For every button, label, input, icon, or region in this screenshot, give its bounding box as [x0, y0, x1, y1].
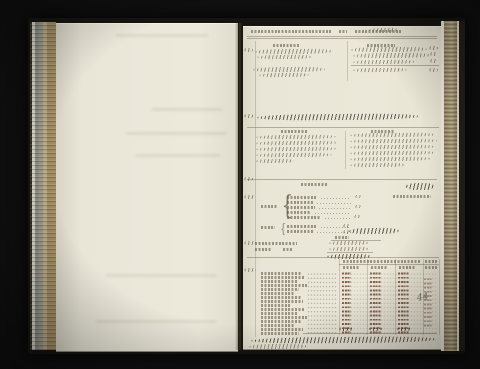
handwritten-subject-line — [257, 113, 419, 120]
handwriting-line — [256, 141, 338, 146]
printed-form-item — [287, 201, 313, 204]
table-bottom-rule — [303, 333, 437, 334]
printed-form-item — [287, 216, 321, 219]
printed-group-label — [261, 205, 277, 208]
printed-column-header — [281, 130, 307, 133]
dotted-leader — [315, 213, 351, 214]
handwriting-line — [255, 49, 333, 55]
table-row-label — [261, 304, 291, 307]
handwriting-line — [256, 135, 336, 140]
handwritten-sum — [329, 247, 369, 251]
section-rule — [247, 257, 439, 258]
photograph-of-open-ledger: {{44 — [0, 0, 480, 369]
printed-group-label — [261, 226, 275, 229]
showthrough-mark — [152, 108, 222, 111]
column-divider-rule — [345, 131, 346, 169]
dotted-leader — [325, 218, 351, 219]
dotted-leader — [321, 198, 351, 199]
handwritten-figure — [355, 195, 361, 198]
printed-form-item — [287, 196, 317, 199]
page-edge-band — [444, 21, 457, 351]
handwriting-line — [253, 67, 325, 73]
printed-form-item — [255, 248, 271, 251]
table-row-label — [261, 312, 297, 315]
table-header-print — [343, 260, 421, 263]
table-row-label — [261, 284, 307, 287]
handwriting-line — [256, 147, 337, 152]
table-row-label — [261, 328, 303, 331]
printed-total-label — [335, 236, 349, 239]
handwriting-line — [350, 139, 437, 144]
dotted-leader — [319, 208, 351, 209]
showthrough-mark — [126, 132, 226, 135]
table-column-rule — [339, 259, 340, 335]
table-number-column — [370, 271, 381, 334]
handwriting-line — [353, 68, 407, 72]
printed-form-item — [287, 225, 317, 228]
printed-header-title — [251, 30, 331, 33]
table-row-label — [261, 320, 301, 323]
margin-rule — [255, 41, 256, 337]
handwriting-line — [350, 133, 436, 138]
handwritten-figure — [429, 46, 438, 50]
handwritten-figure — [430, 59, 438, 63]
table-total-figure — [339, 327, 353, 331]
handwritten-footer-line — [249, 344, 307, 350]
showthrough-mark — [116, 34, 208, 37]
handwritten-figure — [430, 52, 438, 56]
table-subheader-print — [371, 266, 387, 269]
cover-edge — [459, 21, 465, 351]
margin-note — [244, 48, 253, 52]
table-row-label — [261, 332, 299, 335]
table-row-label — [261, 280, 297, 283]
handwritten-figure — [354, 215, 361, 218]
handwriting-line — [351, 47, 427, 53]
showthrough-mark — [96, 320, 216, 323]
table-total-figure — [397, 327, 411, 331]
printed-column-header — [393, 195, 431, 198]
header-rule — [247, 38, 437, 39]
table-number-column — [342, 271, 351, 334]
table-number-column — [398, 271, 409, 334]
total-rule — [327, 252, 373, 253]
margin-note — [244, 177, 253, 181]
handwriting-line — [257, 55, 313, 59]
dotted-grid — [307, 272, 337, 334]
table-row-label — [261, 324, 295, 327]
showthrough-mark — [136, 154, 220, 157]
handwriting-line — [353, 60, 415, 65]
printed-form-item — [287, 206, 315, 209]
table-row-label — [261, 288, 299, 291]
handwritten-secretary-note — [349, 228, 399, 234]
section-rule — [247, 127, 439, 128]
table-subheader-print — [343, 266, 359, 269]
table-row-label — [261, 272, 301, 275]
table-row-label — [261, 296, 301, 299]
handwriting-line — [350, 151, 436, 156]
table-subheader-print — [399, 266, 415, 269]
right-page: {{44 — [243, 26, 441, 350]
handwritten-figure — [355, 205, 361, 208]
left-page-edge-stack — [30, 22, 56, 350]
printed-column-header — [273, 44, 299, 47]
printed-form-item — [255, 242, 297, 245]
section-rule — [247, 179, 437, 180]
handwritten-count-44: 44 — [416, 292, 429, 303]
signature-flourish — [406, 183, 434, 190]
margin-note — [244, 195, 255, 199]
table-column-rule — [439, 259, 440, 335]
table-subheader-print — [425, 260, 437, 263]
handwriting-line — [350, 145, 435, 150]
margin-note — [244, 114, 254, 118]
header-rule — [247, 36, 437, 37]
printed-form-item — [283, 248, 293, 251]
table-subheader-print — [425, 266, 437, 269]
handwriting-line — [259, 73, 309, 77]
handwriting-line — [353, 53, 431, 59]
sub-rule — [351, 65, 439, 66]
table-row-label — [261, 308, 305, 311]
handwritten-figure — [429, 68, 438, 72]
table-row-label — [261, 292, 295, 295]
printed-page-number — [339, 30, 347, 33]
table-row-label — [261, 300, 303, 303]
left-page — [56, 23, 238, 352]
handwritten-sum — [329, 241, 369, 245]
table-header-rule — [339, 264, 439, 265]
column-divider-rule — [347, 41, 348, 81]
handwritten-footer-line — [251, 336, 437, 344]
table-total-figure — [369, 327, 382, 331]
handwriting-line — [350, 157, 432, 162]
handwriting-line — [256, 153, 332, 158]
handwritten-figure — [343, 224, 350, 228]
printed-form-item — [287, 230, 313, 233]
margin-note — [244, 268, 256, 272]
printed-form-item — [287, 211, 311, 214]
dotted-leader — [317, 203, 351, 204]
table-row-label — [261, 276, 305, 279]
printed-caption — [301, 183, 327, 186]
handwriting-line — [256, 159, 294, 163]
bracket-glyph: { — [280, 223, 286, 236]
table-row-label — [261, 316, 307, 319]
showthrough-mark — [106, 274, 216, 277]
handwriting-line — [350, 163, 406, 167]
handwritten-date — [369, 28, 399, 32]
right-page-edge-stack — [441, 21, 465, 351]
